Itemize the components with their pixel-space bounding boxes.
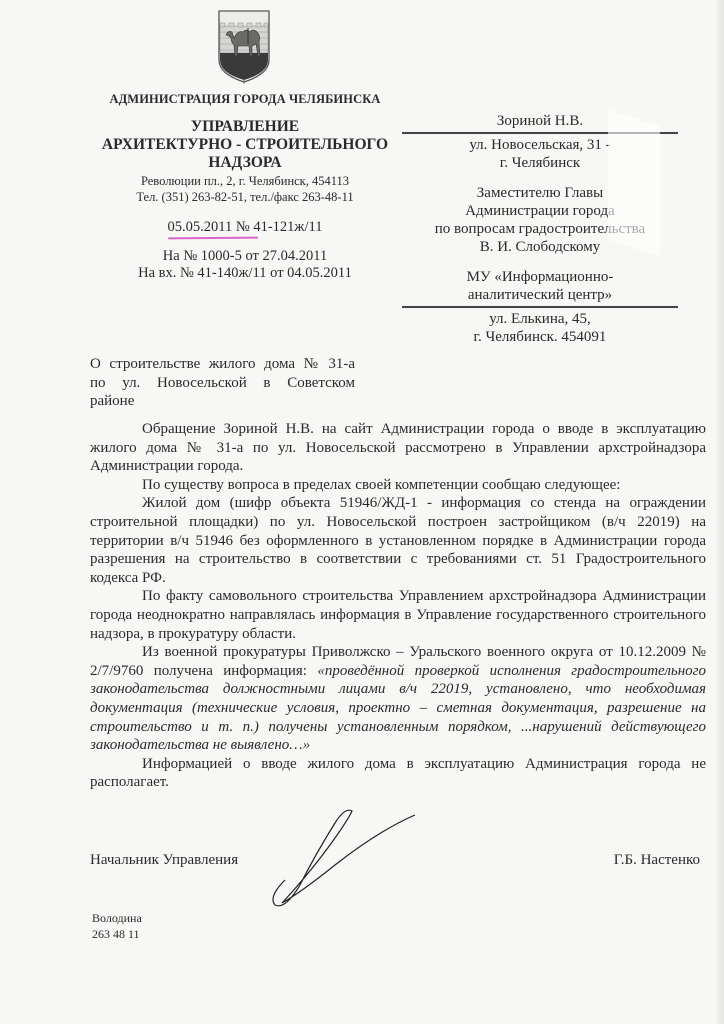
administration-name: АДМИНИСТРАЦИЯ ГОРОДА ЧЕЛЯБИНСКА [80, 92, 410, 107]
recipient-3-address: ул. Елькина, 45, [420, 310, 660, 328]
signer-title: Начальник Управления [90, 852, 238, 869]
chelyabinsk-coat-of-arms-camel-icon [216, 8, 272, 84]
registration-date: 05.05.2011 [168, 219, 233, 235]
reference-lines: На № 1000-5 от 27.04.2011 На вх. № 41-14… [80, 248, 410, 282]
highlighter-underline [168, 237, 258, 240]
registration-number: № 41-121ж/11 [236, 219, 323, 235]
reference-incoming: На вх. № 41-140ж/11 от 04.05.2011 [80, 265, 410, 282]
reference-outgoing: На № 1000-5 от 27.04.2011 [80, 248, 410, 265]
department-line: АРХИТЕКТУРНО - СТРОИТЕЛЬНОГО [80, 136, 410, 154]
body-paragraph: Обращение Зориной Н.В. на сайт Администр… [90, 420, 706, 476]
sender-block: АДМИНИСТРАЦИЯ ГОРОДА ЧЕЛЯБИНСКА УПРАВЛЕН… [80, 92, 410, 282]
divider [402, 306, 678, 308]
department-line: УПРАВЛЕНИЕ [80, 118, 410, 136]
body-paragraph: По существу вопроса в пределах своей ком… [90, 476, 706, 495]
body-paragraph-quote: Из военной прокуратуры Приволжско – Урал… [90, 643, 706, 755]
handwritten-signature-icon [240, 805, 450, 915]
executor-block: Володина 263 48 11 [92, 910, 142, 942]
letter-page: АДМИНИСТРАЦИЯ ГОРОДА ЧЕЛЯБИНСКА УПРАВЛЕН… [0, 0, 724, 1024]
sender-address: Революции пл., 2, г. Челябинск, 454113 Т… [80, 173, 410, 205]
letter-subject: О строительстве жилого дома № 31-а по ул… [90, 355, 355, 411]
recipient-3-city: г. Челябинск. 454091 [420, 328, 660, 346]
body-paragraph: Жилой дом (шифр объекта 51946/ЖД-1 - инф… [90, 494, 706, 587]
recipient-3-line: МУ «Информационно- [420, 268, 660, 286]
executor-phone: 263 48 11 [92, 926, 142, 942]
sender-phone: Тел. (351) 263-82-51, тел./факс 263-48-1… [80, 189, 410, 205]
sender-street-address: Революции пл., 2, г. Челябинск, 454113 [80, 173, 410, 189]
registration-line: 05.05.2011 № 41-121ж/11 [168, 219, 323, 236]
scan-edge-shadow [716, 0, 724, 1024]
correction-tape-patch [608, 110, 660, 257]
department-line: НАДЗОРА [80, 154, 410, 172]
executor-name: Володина [92, 910, 142, 926]
body-paragraph: Информацией о вводе жилого дома в эксплу… [90, 755, 706, 792]
letter-body: Обращение Зориной Н.В. на сайт Администр… [90, 420, 706, 792]
body-paragraph: По факту самовольного строительства Упра… [90, 587, 706, 643]
recipient-3-line: аналитический центр» [420, 286, 660, 304]
department-name: УПРАВЛЕНИЕ АРХИТЕКТУРНО - СТРОИТЕЛЬНОГО … [80, 118, 410, 172]
signer-name: Г.Б. Настенко [614, 852, 700, 869]
